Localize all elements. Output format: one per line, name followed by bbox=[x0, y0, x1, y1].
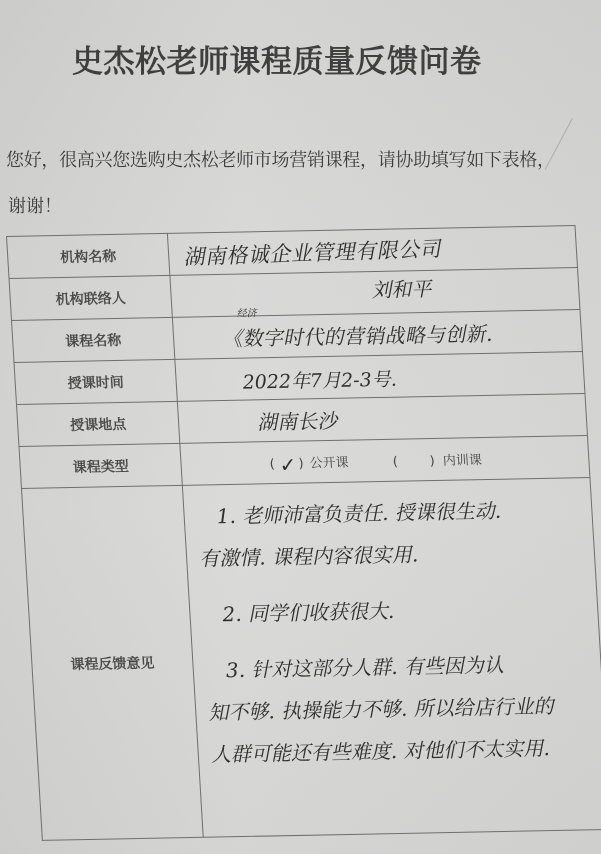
checkmark-icon: ✓ bbox=[279, 453, 297, 477]
public-course-label: 公开课 bbox=[309, 456, 349, 472]
course-type-label: 课程类型 bbox=[19, 443, 182, 488]
inhouse-course-checkbox[interactable]: ( ) bbox=[392, 454, 439, 470]
feedback-label: 课程反馈意见 bbox=[21, 485, 203, 840]
option-inhouse-course[interactable]: ( ) 内训课 bbox=[392, 449, 482, 470]
date-label: 授课时间 bbox=[14, 359, 177, 404]
feedback-form: 机构名称 湖南格诚企业管理有限公司 机构联络人 刘和平 课程名称 经济 《数字时… bbox=[6, 225, 601, 842]
intro-text: 您好，很高兴您选购史杰松老师市场营销课程，请协助填写如下表格， bbox=[6, 146, 555, 172]
feedback-line: 1. 老师沛富负责任. 授课很生动. bbox=[195, 488, 584, 537]
open-paren: ( bbox=[392, 455, 398, 470]
course-name-label: 课程名称 bbox=[12, 317, 175, 362]
feedback-line: 人群可能还有些难度. 对他们不太实用. bbox=[210, 726, 599, 775]
close-paren: ) bbox=[429, 454, 435, 469]
location-label: 授课地点 bbox=[17, 401, 180, 446]
course-name-value: 《数字时代的营销战略与创新. bbox=[221, 318, 493, 352]
feedback-line: 2. 同学们收获很大. bbox=[201, 586, 590, 635]
date-value: 2022年7月2-3号. bbox=[242, 365, 398, 395]
open-paren: ( bbox=[269, 457, 275, 472]
option-public-course[interactable]: ( ✓ ) 公开课 bbox=[269, 452, 349, 473]
document-title: 史杰松老师课程质量反馈问卷 bbox=[72, 36, 482, 81]
location-value: 湖南长沙 bbox=[256, 405, 338, 436]
public-course-checkbox[interactable]: ( ✓ ) bbox=[269, 456, 306, 472]
feedback-line: 3. 针对这部分人群. 有些因为认 bbox=[205, 642, 594, 691]
thanks-text: 谢谢！ bbox=[8, 192, 62, 218]
contact-label: 机构联络人 bbox=[9, 275, 172, 320]
contact-value: 刘和平 bbox=[370, 273, 432, 303]
form-table: 机构名称 湖南格诚企业管理有限公司 机构联络人 刘和平 课程名称 经济 《数字时… bbox=[6, 225, 601, 841]
close-paren: ) bbox=[298, 457, 304, 472]
feedback-field[interactable]: 1. 老师沛富负责任. 授课很生动. 有激情. 课程内容很实用. 2. 同学们收… bbox=[182, 478, 601, 838]
feedback-text: 1. 老师沛富负责任. 授课很生动. 有激情. 课程内容很实用. 2. 同学们收… bbox=[195, 488, 598, 775]
org-name-value: 湖南格诚企业管理有限公司 bbox=[182, 233, 442, 272]
row-feedback: 课程反馈意见 1. 老师沛富负责任. 授课很生动. 有激情. 课程内容很实用. … bbox=[21, 478, 601, 841]
feedback-line: 有激情. 课程内容很实用. bbox=[198, 530, 587, 579]
course-name-insertion: 经济 bbox=[236, 304, 257, 319]
org-name-label: 机构名称 bbox=[7, 233, 170, 278]
inhouse-course-label: 内训课 bbox=[442, 453, 482, 469]
feedback-line: 知不够. 执操能力不够. 所以给店行业的 bbox=[207, 684, 596, 733]
course-type-options: ( ✓ ) 公开课 ( ) 内训课 bbox=[269, 448, 522, 472]
